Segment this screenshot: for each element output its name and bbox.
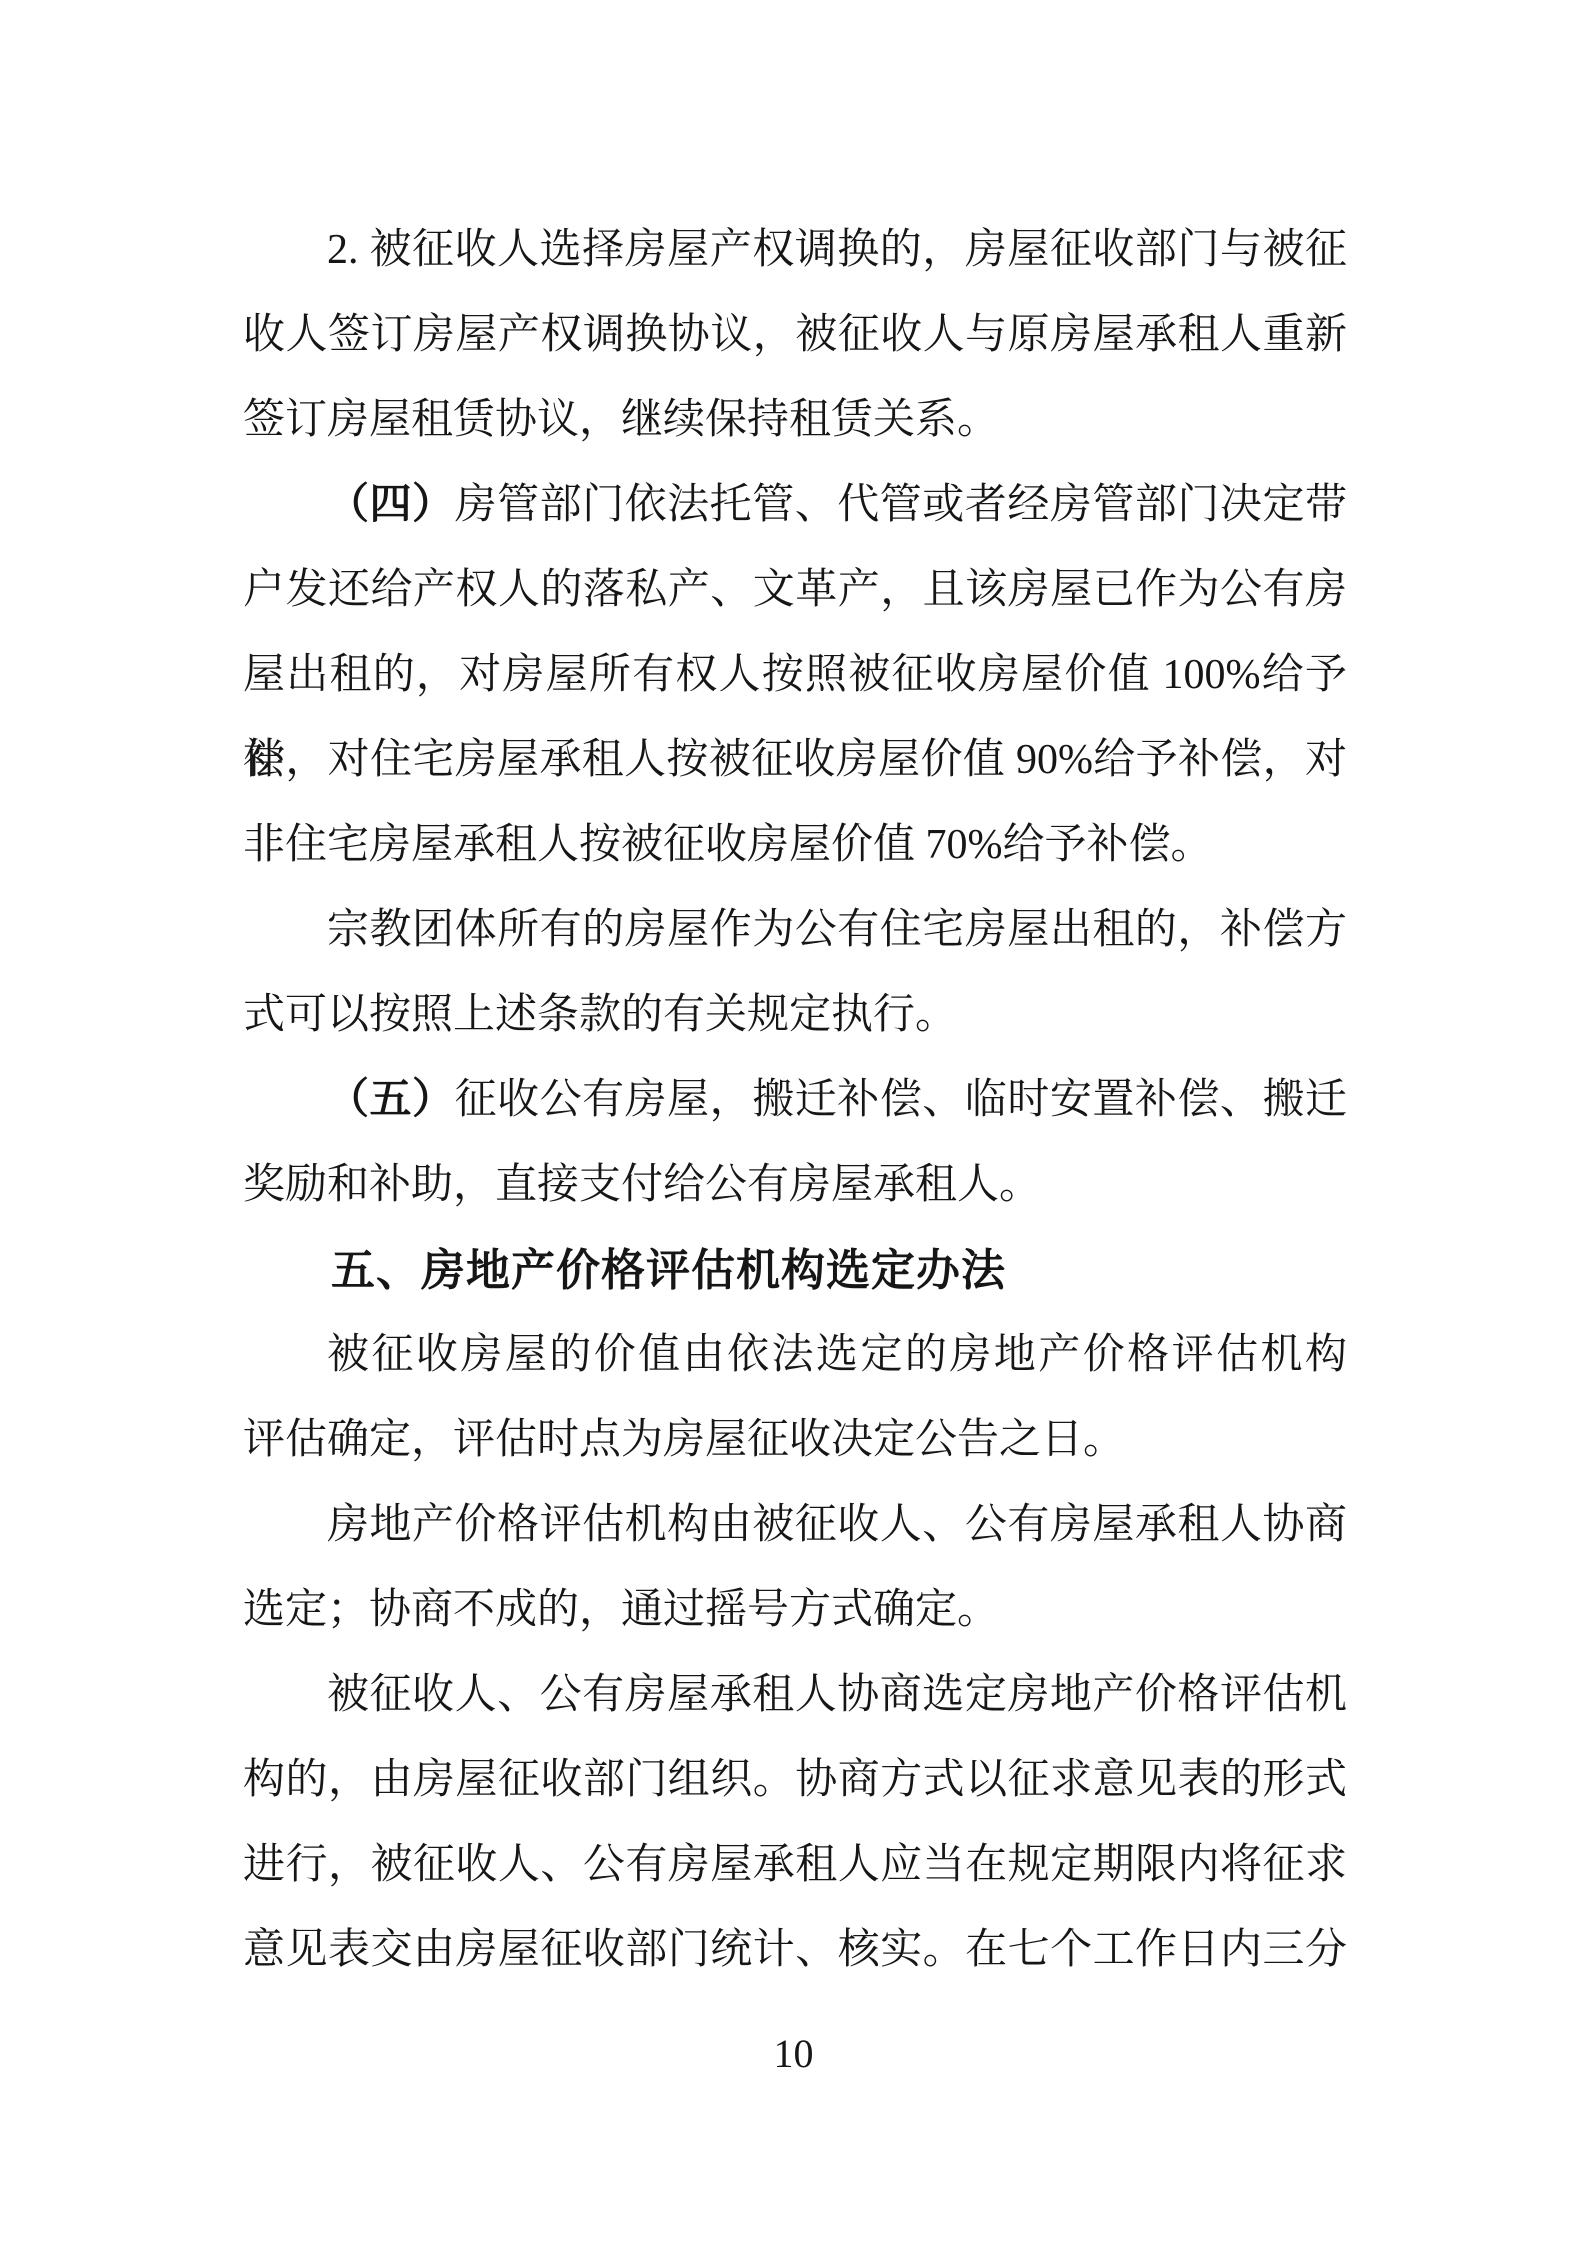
paragraph: 宗教团体所有的房屋作为公有住宅房屋出租的，补偿方式可以按照上述条款的有关规定执行… — [243, 888, 1347, 1058]
list-item-marker: （四） — [327, 482, 455, 528]
text-segment: 选定；协商不成的，通过摇号方式确定。 — [243, 1587, 999, 1633]
text-line: 房地产价格评估机构由被征收人、公有房屋承租人协商 — [243, 1483, 1347, 1568]
text-segment: 式可以按照上述条款的有关规定执行。 — [243, 992, 957, 1038]
text-segment: 征收公有房屋，搬迁补偿、临时安置补偿、搬迁 — [455, 1077, 1347, 1123]
paragraph: （五）征收公有房屋，搬迁补偿、临时安置补偿、搬迁奖励和补助，直接支付给公有房屋承… — [243, 1058, 1347, 1228]
text-line: 被征收人、公有房屋承租人协商选定房地产价格评估机 — [243, 1653, 1347, 1738]
text-segment: 奖励和补助，直接支付给公有房屋承租人。 — [243, 1162, 1041, 1208]
text-line: 评估确定，评估时点为房屋征收决定公告之日。 — [243, 1398, 1347, 1483]
text-line: 偿，对住宅房屋承租人按被征收房屋价值 90%给予补偿，对 — [243, 718, 1347, 803]
text-line: 五、房地产价格评估机构选定办法 — [243, 1228, 1347, 1313]
text-segment: 2. 被征收人选择房屋产权调换的，房屋征收部门与被征 — [327, 227, 1347, 273]
paragraph: 被征收人、公有房屋承租人协商选定房地产价格评估机构的，由房屋征收部门组织。协商方… — [243, 1653, 1347, 1993]
text-segment: 宗教团体所有的房屋作为公有住宅房屋出租的，补偿方 — [327, 907, 1347, 953]
text-line: 户发还给产权人的落私产、文革产，且该房屋已作为公有房 — [243, 548, 1347, 633]
text-segment: 签订房屋租赁协议，继续保持租赁关系。 — [243, 397, 999, 443]
text-segment: 构的，由房屋征收部门组织。协商方式以征求意见表的形式 — [243, 1757, 1347, 1803]
text-line: 2. 被征收人选择房屋产权调换的，房屋征收部门与被征 — [243, 208, 1347, 293]
text-segment: 五、房地产价格评估机构选定办法 — [331, 1246, 1006, 1295]
text-line: 屋出租的，对房屋所有权人按照被征收房屋价值 100%给予补 — [243, 633, 1347, 718]
document-page: 2. 被征收人选择房屋产权调换的，房屋征收部门与被征收人签订房屋产权调换协议，被… — [0, 0, 1587, 2245]
text-line: 构的，由房屋征收部门组织。协商方式以征求意见表的形式 — [243, 1738, 1347, 1823]
list-item-marker: （五） — [327, 1077, 455, 1123]
text-line: 意见表交由房屋征收部门统计、核实。在七个工作日内三分 — [243, 1908, 1347, 1993]
text-segment: 房地产价格评估机构由被征收人、公有房屋承租人协商 — [327, 1502, 1347, 1548]
text-segment: 户发还给产权人的落私产、文革产，且该房屋已作为公有房 — [243, 567, 1347, 613]
text-segment: 意见表交由房屋征收部门统计、核实。在七个工作日内三分 — [243, 1927, 1347, 1973]
paragraph: （四）房管部门依法托管、代管或者经房管部门决定带户发还给产权人的落私产、文革产，… — [243, 463, 1347, 888]
text-segment: 进行，被征收人、公有房屋承租人应当在规定期限内将征求 — [243, 1842, 1347, 1888]
text-line: 式可以按照上述条款的有关规定执行。 — [243, 973, 1347, 1058]
text-line: 选定；协商不成的，通过摇号方式确定。 — [243, 1568, 1347, 1653]
text-segment: 被征收人、公有房屋承租人协商选定房地产价格评估机 — [327, 1672, 1347, 1718]
text-line: 被征收房屋的价值由依法选定的房地产价格评估机构 — [243, 1313, 1347, 1398]
text-line: 宗教团体所有的房屋作为公有住宅房屋出租的，补偿方 — [243, 888, 1347, 973]
text-line: （五）征收公有房屋，搬迁补偿、临时安置补偿、搬迁 — [243, 1058, 1347, 1143]
page-number: 10 — [0, 2030, 1587, 2078]
document-content: 2. 被征收人选择房屋产权调换的，房屋征收部门与被征收人签订房屋产权调换协议，被… — [243, 208, 1347, 1993]
text-line: 奖励和补助，直接支付给公有房屋承租人。 — [243, 1143, 1347, 1228]
text-segment: 非住宅房屋承租人按被征收房屋价值 70%给予补偿。 — [243, 822, 1213, 868]
paragraph: 被征收房屋的价值由依法选定的房地产价格评估机构评估确定，评估时点为房屋征收决定公… — [243, 1313, 1347, 1483]
text-segment: 收人签订房屋产权调换协议，被征收人与原房屋承租人重新 — [243, 312, 1347, 358]
paragraph: 2. 被征收人选择房屋产权调换的，房屋征收部门与被征收人签订房屋产权调换协议，被… — [243, 208, 1347, 463]
text-segment: 评估确定，评估时点为房屋征收决定公告之日。 — [243, 1417, 1125, 1463]
text-segment: 偿，对住宅房屋承租人按被征收房屋价值 90%给予补偿，对 — [243, 737, 1347, 783]
text-line: 非住宅房屋承租人按被征收房屋价值 70%给予补偿。 — [243, 803, 1347, 888]
text-segment: 被征收房屋的价值由依法选定的房地产价格评估机构 — [327, 1332, 1347, 1378]
section-heading: 五、房地产价格评估机构选定办法 — [243, 1228, 1347, 1313]
text-segment: 房管部门依法托管、代管或者经房管部门决定带 — [455, 482, 1347, 528]
text-line: （四）房管部门依法托管、代管或者经房管部门决定带 — [243, 463, 1347, 548]
text-line: 签订房屋租赁协议，继续保持租赁关系。 — [243, 378, 1347, 463]
paragraph: 房地产价格评估机构由被征收人、公有房屋承租人协商选定；协商不成的，通过摇号方式确… — [243, 1483, 1347, 1653]
text-line: 进行，被征收人、公有房屋承租人应当在规定期限内将征求 — [243, 1823, 1347, 1908]
text-line: 收人签订房屋产权调换协议，被征收人与原房屋承租人重新 — [243, 293, 1347, 378]
